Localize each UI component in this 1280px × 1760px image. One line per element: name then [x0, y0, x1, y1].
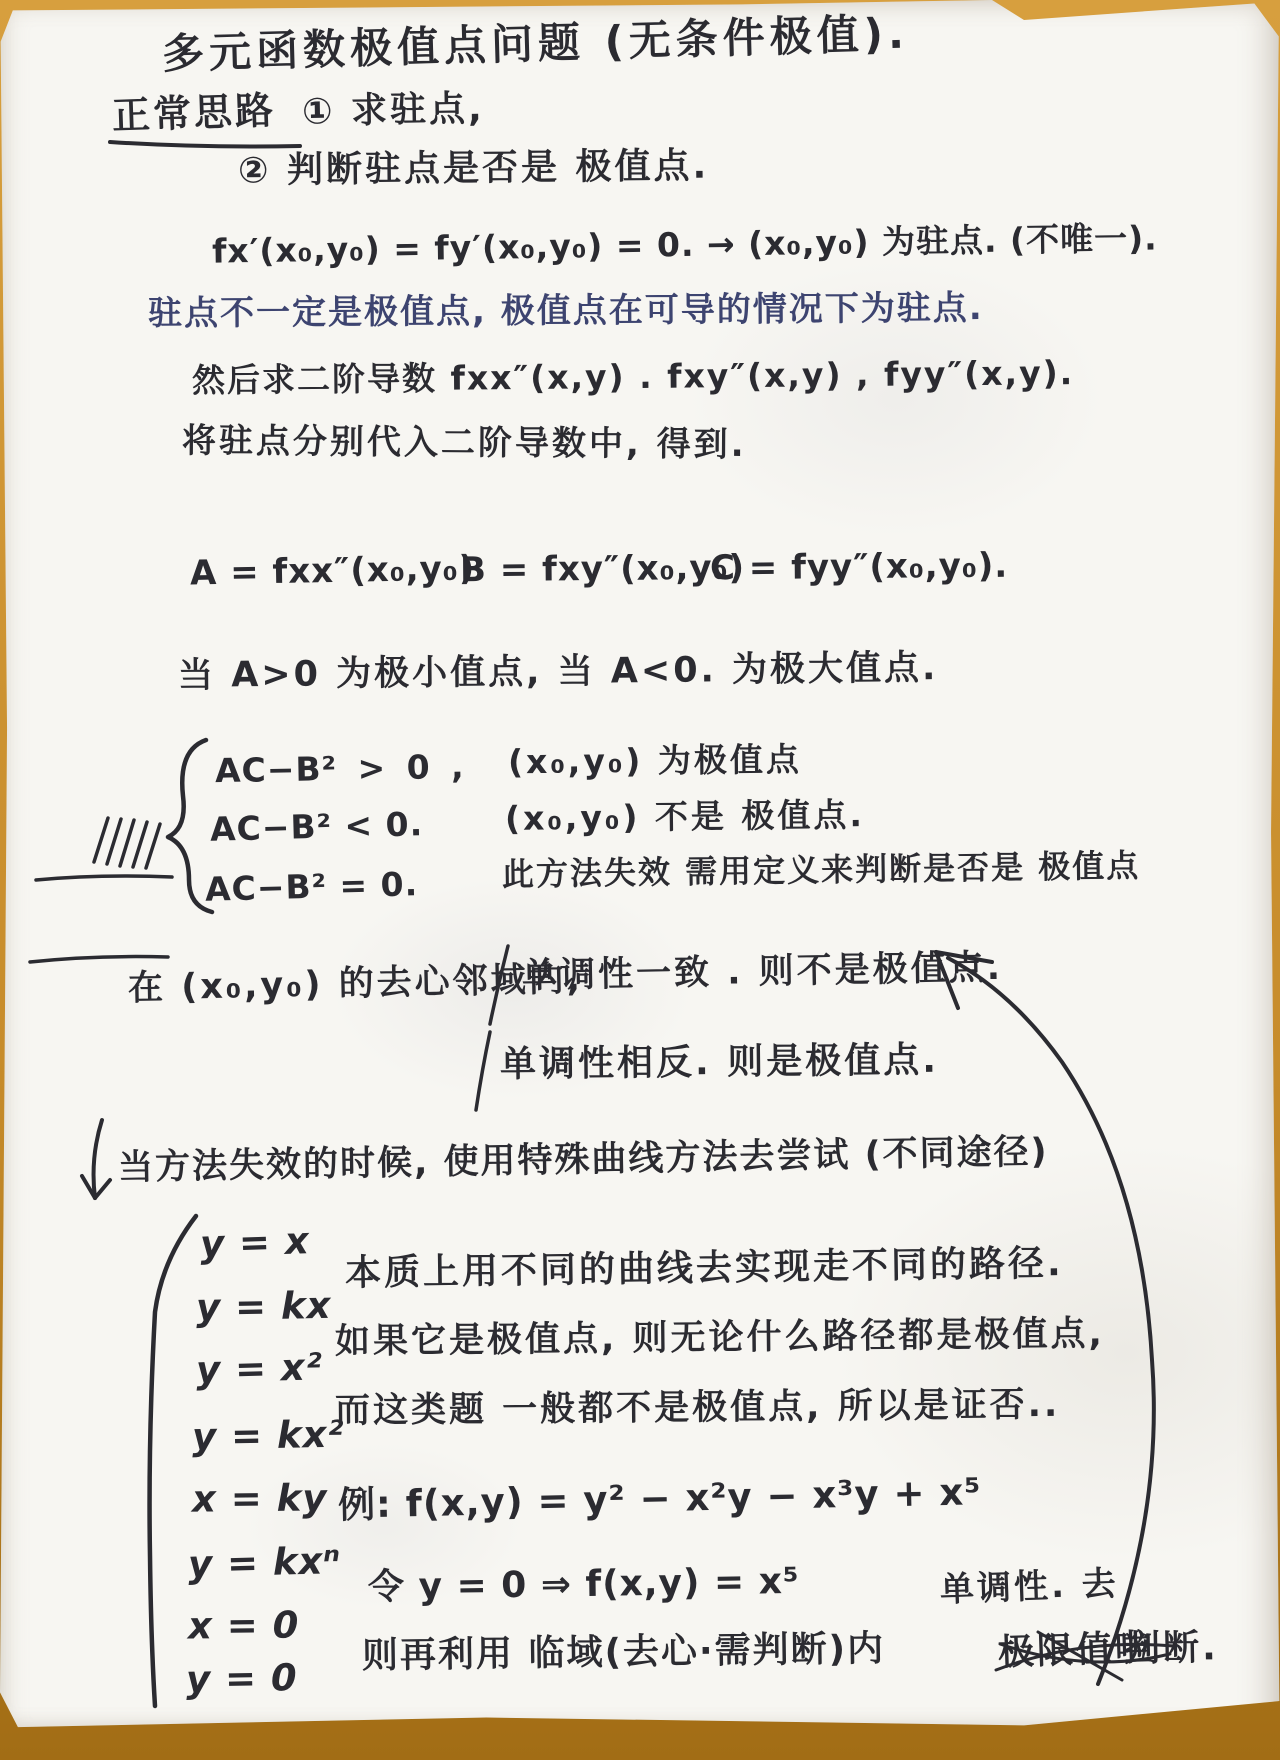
coefficient-C: C = fyy″(x₀,y₀).	[710, 547, 1009, 589]
photo-of-notes: { "meta": { "description": "handwritten …	[0, 0, 1280, 1760]
curve-item-8: y = 0	[186, 1657, 298, 1701]
curve-item-7: x = 0	[188, 1605, 300, 1649]
case-2-condition: AC−B² < 0.	[210, 805, 424, 849]
case-1-condition: AC−B² > 0 ,	[215, 748, 465, 790]
example-annotation: 单调性. 去	[939, 1565, 1119, 1610]
case-2-result: (x₀,y₀) 不是 极值点.	[505, 796, 865, 838]
example-conclusion-right: 判断.	[1124, 1627, 1219, 1670]
sign-rule-line: 当 A>0 为极小值点, 当 A<0. 为极大值点.	[178, 648, 939, 696]
curve-item-6: y = kxⁿ	[187, 1540, 341, 1587]
case-3-condition: AC−B² = 0.	[205, 865, 419, 909]
monotonic-opposite-line: 单调性相反. 则是极值点.	[500, 1040, 939, 1086]
curve-item-5: x = ky	[192, 1477, 328, 1521]
approach-label: 正常思路	[111, 89, 276, 138]
example-step: 令 y = 0 ⇒ f(x,y) = x⁵	[368, 1561, 800, 1608]
approach-step-2: ② 判断驻点是否是 极值点.	[238, 146, 710, 192]
coefficient-A: A = fxx″(x₀,y₀)	[190, 550, 476, 594]
curves-explanation-3: 而这类题 一般都不是极值点, 所以是证否..	[335, 1385, 1061, 1432]
curves-explanation-2: 如果它是极值点, 则无论什么路径都是极值点,	[335, 1314, 1105, 1362]
stationary-point-note: 驻点不一定是极值点, 极值点在可导的情况下为驻点.	[148, 289, 984, 334]
monotonic-same-line: 单调性一致 . 则不是极值点.	[522, 948, 1004, 997]
curve-item-3: y = x²	[195, 1346, 323, 1392]
curve-item-4: y = kx²	[192, 1414, 345, 1459]
case-1-result: (x₀,y₀) 为极值点	[508, 741, 802, 782]
curve-item-1: y = x	[199, 1220, 310, 1266]
curve-item-2: y = kx	[196, 1285, 332, 1330]
substitute-line: 将驻点分别代入二阶导数中, 得到.	[182, 422, 747, 465]
second-derivatives-line: 然后求二阶导数 fxx″(x,y) . fxy″(x,y) , fyy″(x,y…	[192, 354, 1075, 400]
coefficient-B: B = fxy″(x₀,y₀)	[460, 549, 745, 591]
example-conclusion-left: 则再利用 临域(去心·需判断)内	[362, 1628, 886, 1677]
approach-step-1: ① 求驻点,	[302, 88, 485, 133]
